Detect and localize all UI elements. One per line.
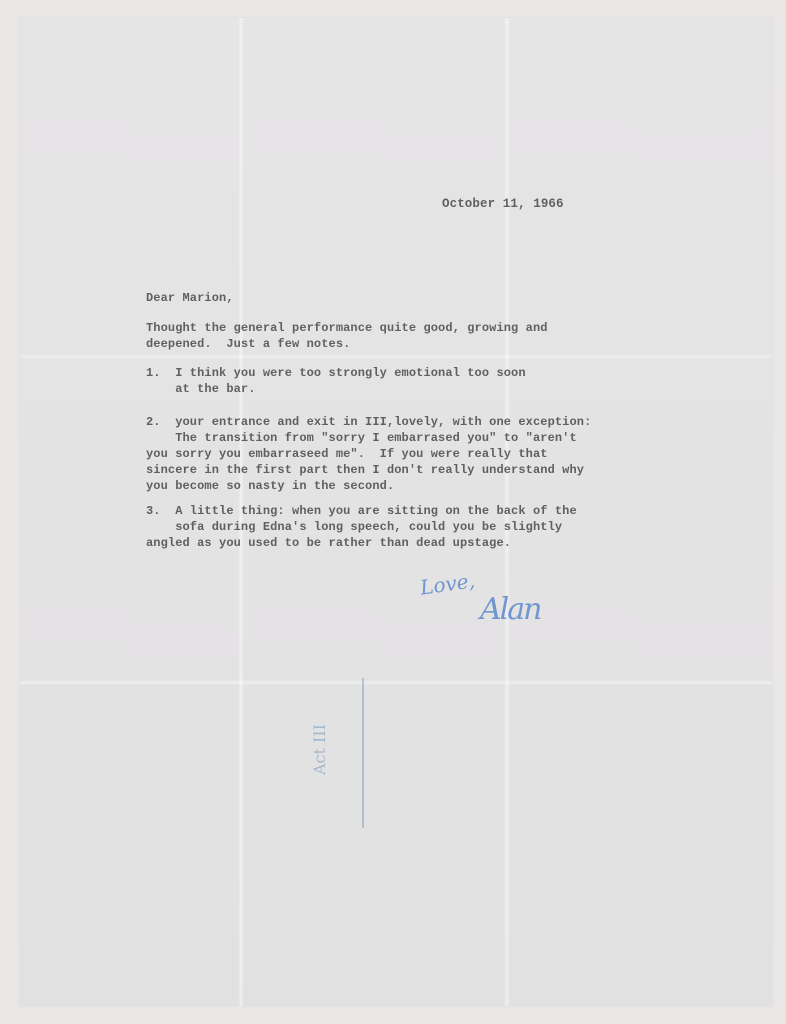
pencil-annotation-text: Act III bbox=[310, 724, 329, 775]
letter-date: October 11, 1966 bbox=[442, 196, 564, 212]
pencil-line bbox=[362, 678, 364, 828]
pencil-annotation: Act III bbox=[322, 690, 362, 830]
note-item: 2. your entrance and exit in III,lovely,… bbox=[146, 414, 591, 494]
salutation: Dear Marion, bbox=[146, 290, 234, 306]
signature-name: Alan bbox=[480, 592, 540, 627]
note-item: 1. I think you were too strongly emotion… bbox=[146, 365, 526, 397]
fold-crease bbox=[20, 680, 772, 685]
intro-paragraph: Thought the general performance quite go… bbox=[146, 320, 548, 352]
note-item: 3. A little thing: when you are sitting … bbox=[146, 503, 577, 551]
fold-crease bbox=[20, 354, 772, 359]
